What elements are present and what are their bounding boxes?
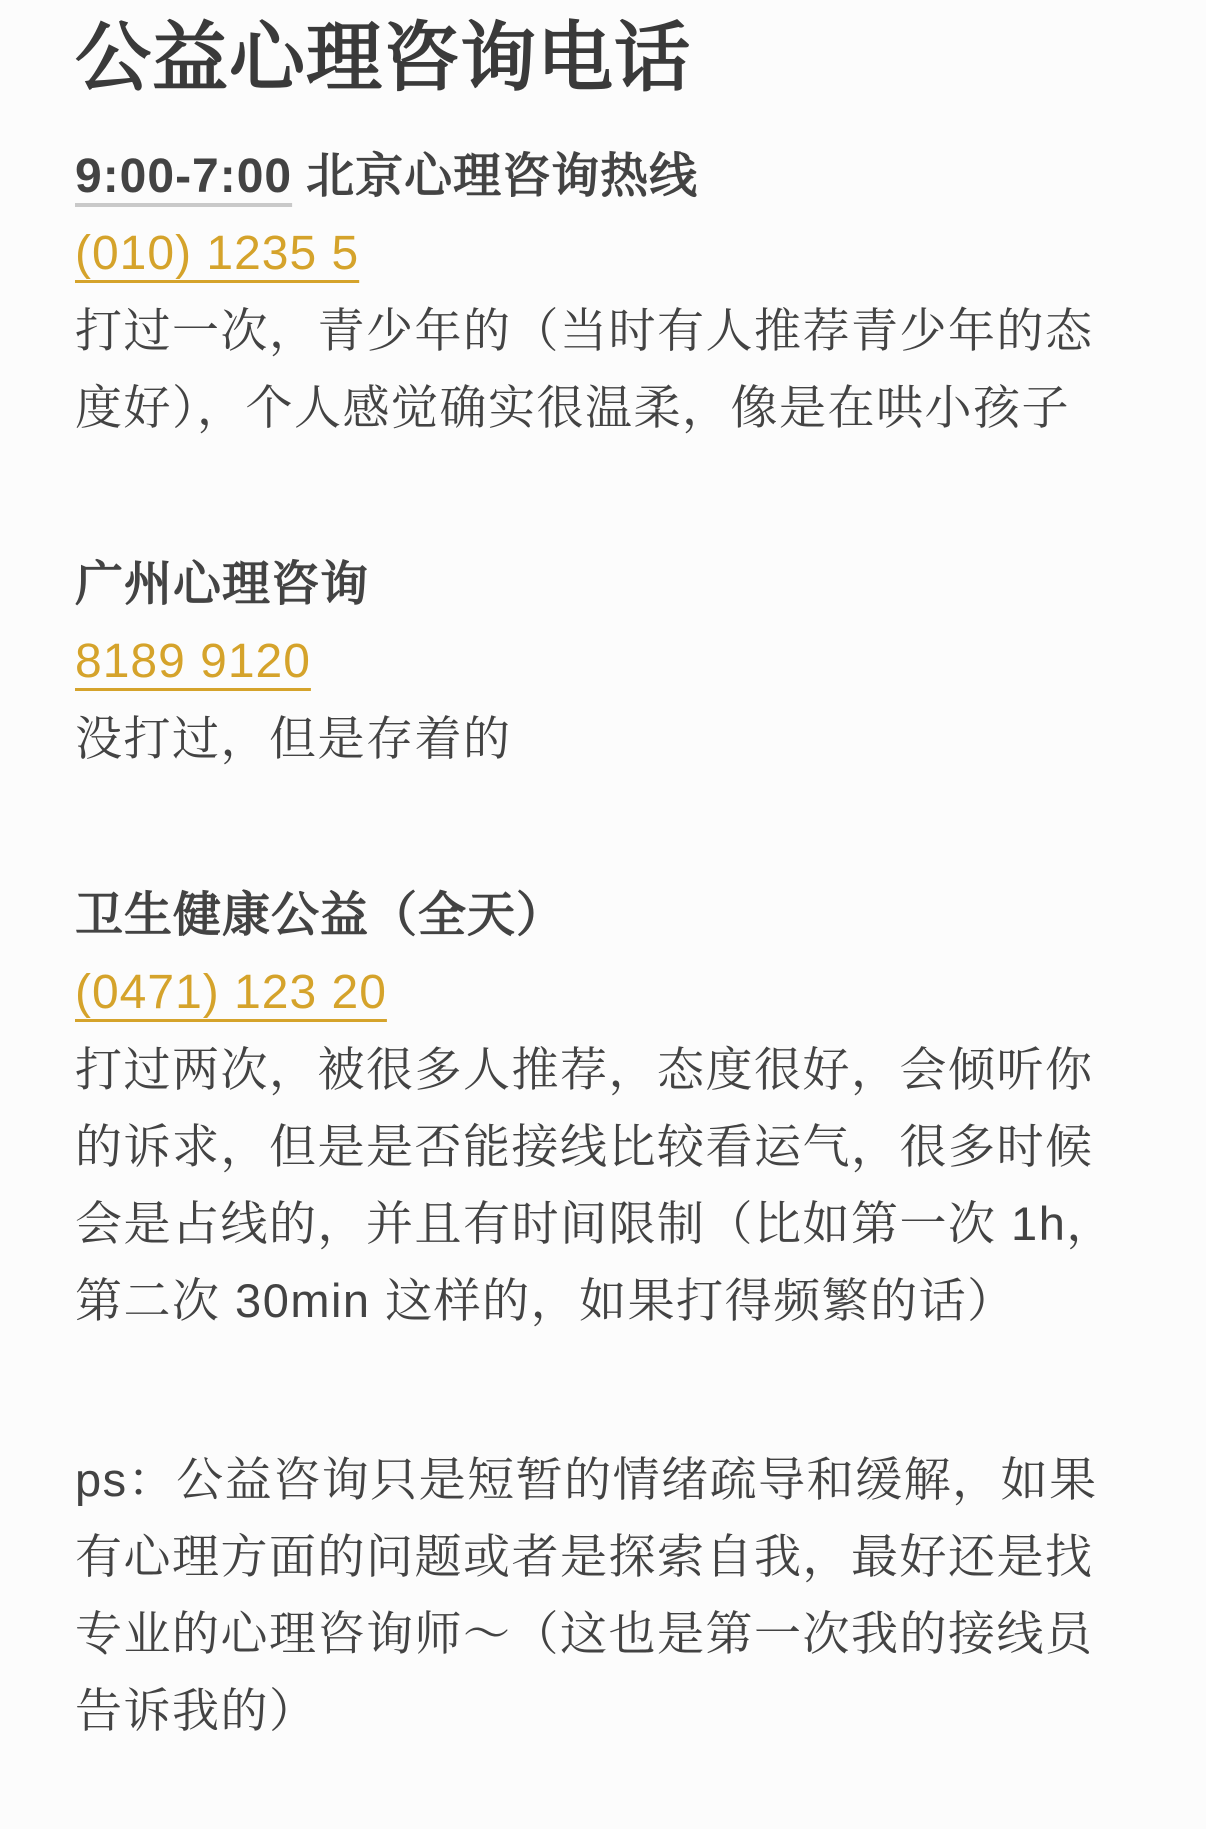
section-beijing-hotline: 9:00-7:00北京心理咨询热线 (010) 1235 5 打过一次，青少年的…	[75, 138, 1136, 446]
hotline-name: 卫生健康公益（全天）	[75, 889, 565, 942]
hours-link[interactable]: 9:00-7:00	[75, 150, 292, 203]
section-heading: 广州心理咨询	[75, 546, 1136, 623]
section-guangzhou-hotline: 广州心理咨询 8189 9120 没打过，但是存着的	[75, 546, 1136, 777]
hotline-name: 北京心理咨询热线	[306, 150, 698, 203]
hotline-comment: 打过两次，被很多人推荐，态度很好，会倾听你的诉求，但是是否能接线比较看运气，很多…	[75, 1031, 1136, 1339]
section-heading: 9:00-7:00北京心理咨询热线	[75, 138, 1136, 215]
hotline-comment: 没打过，但是存着的	[75, 700, 1136, 777]
postscript-note: ps：公益咨询只是短暂的情绪疏导和缓解，如果有心理方面的问题或者是探索自我，最好…	[75, 1441, 1136, 1749]
phone-line: 8189 9120	[75, 623, 1136, 700]
phone-line: (010) 1235 5	[75, 215, 1136, 292]
phone-link[interactable]: 8189 9120	[75, 635, 311, 688]
hotline-name: 广州心理咨询	[75, 558, 369, 611]
phone-link[interactable]: (0471) 123 20	[75, 966, 387, 1019]
note-title: 公益心理咨询电话	[75, 14, 1136, 104]
phone-line: (0471) 123 20	[75, 954, 1136, 1031]
note-page: 公益心理咨询电话 9:00-7:00北京心理咨询热线 (010) 1235 5 …	[0, 0, 1206, 1829]
section-heading: 卫生健康公益（全天）	[75, 877, 1136, 954]
hotline-comment: 打过一次，青少年的（当时有人推荐青少年的态度好），个人感觉确实很温柔，像是在哄小…	[75, 292, 1136, 446]
phone-link[interactable]: (010) 1235 5	[75, 227, 359, 280]
section-health-hotline: 卫生健康公益（全天） (0471) 123 20 打过两次，被很多人推荐，态度很…	[75, 877, 1136, 1339]
